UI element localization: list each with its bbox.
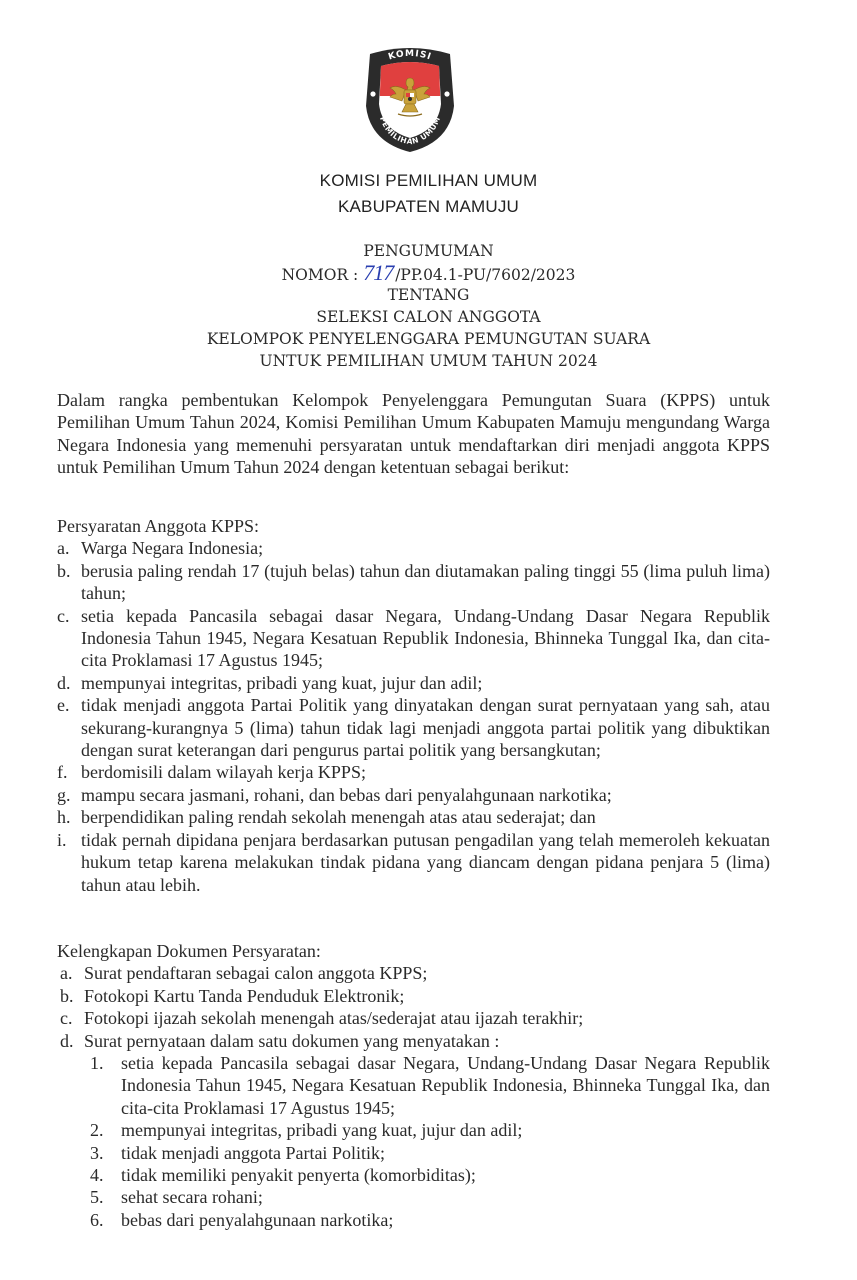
list-text: Surat pernyataan dalam satu dokumen yang… bbox=[84, 1030, 770, 1052]
list-text: sehat secara rohani; bbox=[121, 1186, 770, 1208]
list-item: a.Surat pendaftaran sebagai calon anggot… bbox=[57, 962, 770, 984]
subject-line-3: UNTUK PEMILIHAN UMUM TAHUN 2024 bbox=[0, 350, 857, 372]
list-marker: 3. bbox=[90, 1142, 121, 1164]
documents-heading: Kelengkapan Dokumen Persyaratan: bbox=[57, 940, 770, 962]
garuda-emblem-icon: KOMISI PEMILIHAN UMUM bbox=[362, 44, 458, 154]
intro-paragraph: Dalam rangka pembentukan Kelompok Penyel… bbox=[57, 389, 770, 479]
list-text: tidak memiliki penyakit penyerta (komorb… bbox=[121, 1164, 770, 1186]
list-marker: d. bbox=[57, 1030, 84, 1052]
list-text: setia kepada Pancasila sebagai dasar Neg… bbox=[81, 605, 770, 672]
list-item: h.berpendidikan paling rendah sekolah me… bbox=[57, 806, 770, 828]
subject-line-1: SELEKSI CALON ANGGOTA bbox=[0, 306, 857, 328]
statement-list: 1.setia kepada Pancasila sebagai dasar N… bbox=[57, 1052, 770, 1231]
list-text: bebas dari penyalahgunaan narkotika; bbox=[121, 1209, 770, 1231]
list-text: berusia paling rendah 17 (tujuh belas) t… bbox=[81, 560, 770, 605]
list-text: Surat pendaftaran sebagai calon anggota … bbox=[84, 962, 770, 984]
list-text: tidak menjadi anggota Partai Politik; bbox=[121, 1142, 770, 1164]
org-name: KOMISI PEMILIHAN UMUM bbox=[0, 171, 857, 191]
list-marker: g. bbox=[57, 784, 81, 806]
announcement-heading: PENGUMUMAN bbox=[0, 240, 857, 262]
list-item: b.Fotokopi Kartu Tanda Penduduk Elektron… bbox=[57, 985, 770, 1007]
list-marker: 5. bbox=[90, 1186, 121, 1208]
list-text: berdomisili dalam wilayah kerja KPPS; bbox=[81, 761, 770, 783]
announcement-title-block: PENGUMUMAN NOMOR : 717/PP.04.1-PU/7602/2… bbox=[0, 240, 857, 372]
list-marker: f. bbox=[57, 761, 81, 783]
list-item: a.Warga Negara Indonesia; bbox=[57, 537, 770, 559]
list-item: d.mempunyai integritas, pribadi yang kua… bbox=[57, 672, 770, 694]
list-text: setia kepada Pancasila sebagai dasar Neg… bbox=[121, 1052, 770, 1119]
list-item: c.Fotokopi ijazah sekolah menengah atas/… bbox=[57, 1007, 770, 1029]
subject-line-2: KELOMPOK PENYELENGGARA PEMUNGUTAN SUARA bbox=[0, 328, 857, 350]
documents-list: a.Surat pendaftaran sebagai calon anggot… bbox=[57, 962, 770, 1052]
list-text: Fotokopi ijazah sekolah menengah atas/se… bbox=[84, 1007, 770, 1029]
list-item: c.setia kepada Pancasila sebagai dasar N… bbox=[57, 605, 770, 672]
list-marker: h. bbox=[57, 806, 81, 828]
list-text: mampu secara jasmani, rohani, dan bebas … bbox=[81, 784, 770, 806]
list-marker: c. bbox=[57, 605, 81, 672]
list-item: 5.sehat secara rohani; bbox=[90, 1186, 770, 1208]
list-marker: 1. bbox=[90, 1052, 121, 1119]
list-text: berpendidikan paling rendah sekolah mene… bbox=[81, 806, 770, 828]
org-region: KABUPATEN MAMUJU bbox=[0, 197, 857, 217]
list-item: g.mampu secara jasmani, rohani, dan beba… bbox=[57, 784, 770, 806]
kpu-logo: KOMISI PEMILIHAN UMUM bbox=[362, 44, 458, 154]
list-marker: a. bbox=[57, 537, 81, 559]
list-item: f.berdomisili dalam wilayah kerja KPPS; bbox=[57, 761, 770, 783]
list-item: 4.tidak memiliki penyakit penyerta (komo… bbox=[90, 1164, 770, 1186]
list-text: Fotokopi Kartu Tanda Penduduk Elektronik… bbox=[84, 985, 770, 1007]
list-text: mempunyai integritas, pribadi yang kuat,… bbox=[81, 672, 770, 694]
list-text: tidak pernah dipidana penjara berdasarka… bbox=[81, 829, 770, 896]
nomor-suffix: /PP.04.1-PU/7602/2023 bbox=[395, 266, 575, 284]
documents-section: Kelengkapan Dokumen Persyaratan: a.Surat… bbox=[57, 940, 770, 1231]
requirements-heading: Persyaratan Anggota KPPS: bbox=[57, 515, 770, 537]
list-item: 6.bebas dari penyalahgunaan narkotika; bbox=[90, 1209, 770, 1231]
nomor-label: NOMOR : bbox=[282, 266, 364, 284]
requirements-list: a.Warga Negara Indonesia;b.berusia palin… bbox=[57, 537, 770, 896]
list-item: b.berusia paling rendah 17 (tujuh belas)… bbox=[57, 560, 770, 605]
list-marker: 4. bbox=[90, 1164, 121, 1186]
list-marker: i. bbox=[57, 829, 81, 896]
about-label: TENTANG bbox=[0, 284, 857, 306]
list-text: mempunyai integritas, pribadi yang kuat,… bbox=[121, 1119, 770, 1141]
handwritten-number: 717 bbox=[363, 260, 393, 285]
list-marker: 6. bbox=[90, 1209, 121, 1231]
list-marker: a. bbox=[57, 962, 84, 984]
list-item: d.Surat pernyataan dalam satu dokumen ya… bbox=[57, 1030, 770, 1052]
list-text: Warga Negara Indonesia; bbox=[81, 537, 770, 559]
list-text: tidak menjadi anggota Partai Politik yan… bbox=[81, 694, 770, 761]
list-marker: d. bbox=[57, 672, 81, 694]
list-item: 3.tidak menjadi anggota Partai Politik; bbox=[90, 1142, 770, 1164]
announcement-number: NOMOR : 717/PP.04.1-PU/7602/2023 bbox=[0, 262, 857, 284]
list-marker: b. bbox=[57, 985, 84, 1007]
list-marker: e. bbox=[57, 694, 81, 761]
list-marker: c. bbox=[57, 1007, 84, 1029]
list-marker: b. bbox=[57, 560, 81, 605]
list-item: 1.setia kepada Pancasila sebagai dasar N… bbox=[90, 1052, 770, 1119]
list-item: i.tidak pernah dipidana penjara berdasar… bbox=[57, 829, 770, 896]
list-marker: 2. bbox=[90, 1119, 121, 1141]
list-item: 2.mempunyai integritas, pribadi yang kua… bbox=[90, 1119, 770, 1141]
requirements-section: Persyaratan Anggota KPPS: a.Warga Negara… bbox=[57, 515, 770, 896]
list-item: e.tidak menjadi anggota Partai Politik y… bbox=[57, 694, 770, 761]
